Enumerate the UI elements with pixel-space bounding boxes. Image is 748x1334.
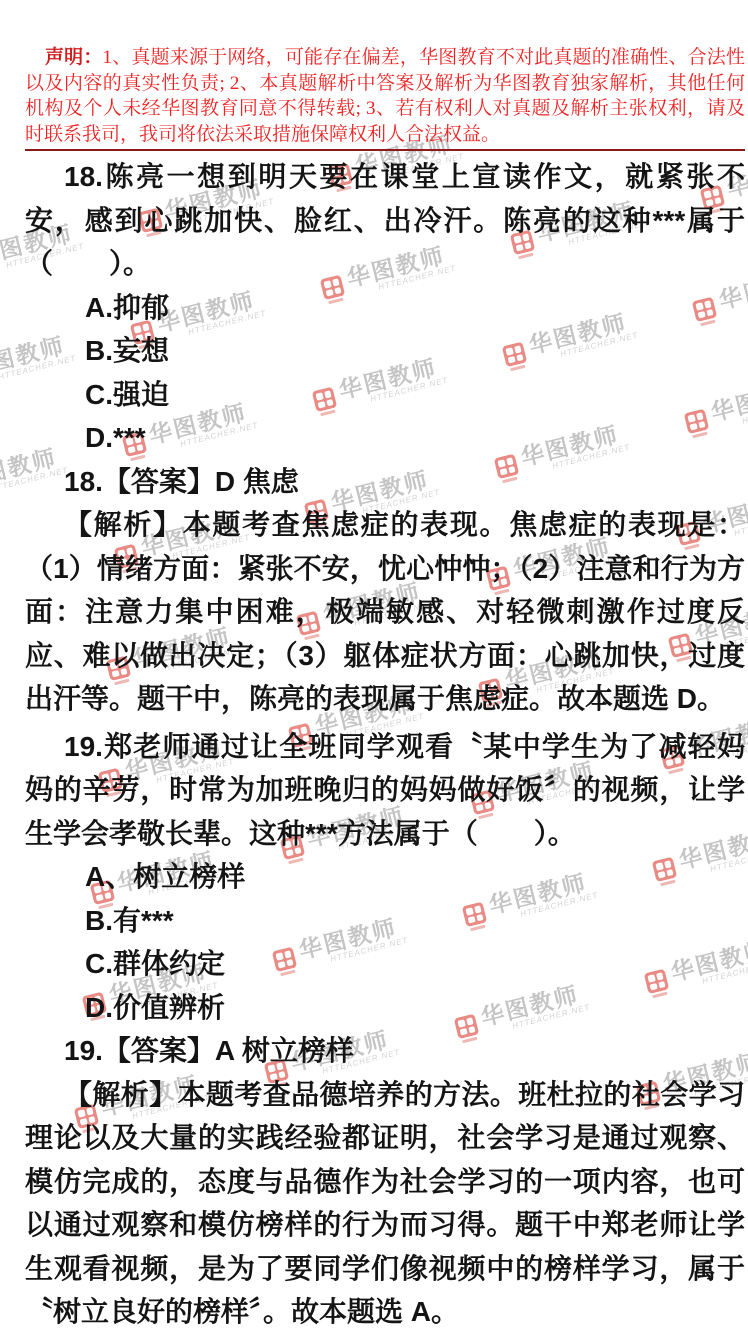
divider-line: [25, 149, 745, 151]
question-18-stem: 18.陈亮一想到明天要在课堂上宣读作文，就紧张不安，感到心跳加快、脸红、出冷汗。…: [25, 155, 745, 286]
question-19-option-a: A、树立榜样: [25, 855, 745, 899]
question-18-option-b: B.妄想: [25, 329, 745, 373]
disclaimer-text: 1、真题来源于网络，可能存在偏差，华图教育不对此真题的准确性、合法性以及内容的真…: [25, 47, 745, 145]
question-block-18: 18.陈亮一想到明天要在课堂上宣读作文，就紧张不安，感到心跳加快、脸红、出冷汗。…: [25, 155, 745, 721]
disclaimer: 声明：1、真题来源于网络，可能存在偏差，华图教育不对此真题的准确性、合法性以及内…: [25, 45, 745, 147]
question-block-19: 19.郑老师通过让全班同学观看〝某中学生为了减轻妈妈的辛劳，时常为加班晚归的妈妈…: [25, 725, 745, 1334]
question-18-option-d: D.***: [25, 416, 745, 460]
disclaimer-label: 声明：: [45, 47, 103, 68]
question-18-analysis: 【解析】本题考查焦虑症的表现。焦虑症的表现是：（1）情绪方面：紧张不安，忧心忡忡…: [25, 503, 745, 721]
question-19-analysis: 【解析】本题考查品德培养的方法。班杜拉的社会学习理论以及大量的实践经验都证明，社…: [25, 1073, 745, 1334]
question-19-option-d: D.价值辨析: [25, 986, 745, 1030]
question-19-answer: 19.【答案】A 树立榜样: [25, 1029, 745, 1073]
document-content: 声明：1、真题来源于网络，可能存在偏差，华图教育不对此真题的准确性、合法性以及内…: [0, 0, 748, 1334]
document-page: 华图教师HTTEACHER.NET华图教师HTTEACHER.NET华图教师HT…: [0, 0, 748, 1334]
question-19-option-b: B.有***: [25, 899, 745, 943]
question-18-option-a: A.抑郁: [25, 286, 745, 330]
question-19-option-c: C.群体约定: [25, 942, 745, 986]
question-18-answer: 18.【答案】D 焦虑: [25, 460, 745, 504]
question-19-stem: 19.郑老师通过让全班同学观看〝某中学生为了减轻妈妈的辛劳，时常为加班晚归的妈妈…: [25, 725, 745, 856]
question-18-option-c: C.强迫: [25, 373, 745, 417]
